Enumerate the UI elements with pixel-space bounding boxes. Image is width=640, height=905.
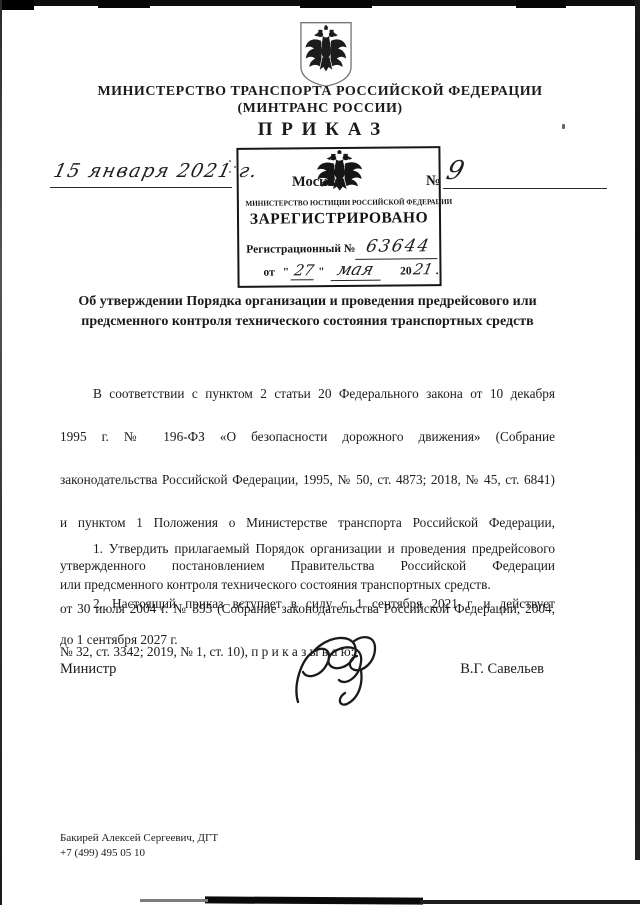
subject-line: предсменного контроля технического состо… bbox=[60, 312, 555, 332]
signer-name: В.Г. Савельев bbox=[438, 661, 544, 678]
stamp-agency-text: МИНИСТЕРСТВО ЮСТИЦИИ РОССИЙСКОЙ ФЕДЕРАЦИ… bbox=[245, 197, 452, 208]
justice-ministry-registration-stamp: МИНИСТЕРСТВО ЮСТИЦИИ РОССИЙСКОЙ ФЕДЕРАЦИ… bbox=[236, 146, 441, 288]
stamp-reg-label: Регистрационный № bbox=[246, 243, 355, 256]
minister-signature-autograph bbox=[283, 630, 393, 722]
executor-phone: +7 (499) 495 05 10 bbox=[60, 846, 218, 861]
body-line: или предсменного контроля технического с… bbox=[60, 576, 555, 594]
stamp-registration-number-line: Регистрационный № 63644 bbox=[246, 236, 430, 258]
body-line: 1. Утвердить прилагаемый Порядок организ… bbox=[60, 540, 555, 576]
order-subject: Об утверждении Порядка организации и про… bbox=[60, 292, 555, 331]
scan-artifact-top-bump bbox=[0, 0, 34, 10]
scan-artifact-bottom-bar bbox=[205, 896, 423, 904]
subject-line: Об утверждении Порядка организации и про… bbox=[60, 292, 555, 312]
stamp-year-printed: 20 bbox=[400, 265, 412, 277]
stamp-date-period: . bbox=[436, 265, 439, 277]
ministry-name: МИНИСТЕРСТВО ТРАНСПОРТА РОССИЙСКОЙ ФЕДЕР… bbox=[0, 84, 640, 100]
scan-artifact-top-bump bbox=[300, 0, 372, 8]
stamp-date-line: от " 27 " мая 20 21 . bbox=[239, 259, 439, 282]
document-type-title: П Р И К А З bbox=[0, 119, 640, 141]
executor-name: Бакирей Алексей Сергеевич, ДГТ bbox=[60, 831, 218, 846]
handwritten-stamp-month: мая bbox=[331, 260, 386, 281]
date-underline bbox=[50, 187, 232, 188]
scan-artifact-bottom-bar bbox=[140, 899, 208, 902]
executor-contact-block: Бакирей Алексей Сергеевич, ДГТ +7 (499) … bbox=[60, 831, 218, 860]
russia-coat-of-arms-icon bbox=[297, 20, 355, 88]
handwritten-stamp-day: 27 bbox=[290, 261, 317, 280]
body-line: В соответствии с пунктом 2 статьи 20 Фед… bbox=[60, 383, 555, 426]
body-line: 2. Настоящий приказ вступает в силу с 1 … bbox=[60, 595, 555, 631]
signer-role: Министр bbox=[60, 661, 116, 678]
scan-artifact-top-bump bbox=[516, 0, 566, 8]
body-line: законодательства Российской Федерации, 1… bbox=[60, 469, 555, 512]
handwritten-order-number: 9 bbox=[443, 156, 467, 186]
ministry-short-name: (МИНТРАНС РОССИИ) bbox=[0, 101, 640, 117]
stamp-registered-label: ЗАРЕГИСТРИРОВАНО bbox=[239, 209, 439, 229]
scanned-order-document: МИНИСТЕРСТВО ТРАНСПОРТА РОССИЙСКОЙ ФЕДЕР… bbox=[0, 0, 640, 905]
scan-artifact-bottom-bar bbox=[420, 900, 640, 904]
body-line: 1995 г. № 196-ФЗ «О безопасности дорожно… bbox=[60, 426, 555, 469]
stamp-open-quote: " bbox=[283, 266, 289, 278]
order-number-underline bbox=[443, 188, 607, 189]
double-headed-eagle-icon bbox=[314, 150, 364, 194]
stamp-date-prefix: от bbox=[263, 267, 274, 279]
stamp-agency-name: МИНИСТЕРСТВО ЮСТИЦИИ РОССИЙСКОЙ ФЕДЕРАЦИ… bbox=[239, 197, 439, 208]
handwritten-date: 15 января 2021 г. bbox=[51, 160, 260, 182]
handwritten-registration-number: 63644 bbox=[364, 236, 432, 257]
scan-artifact-top-bump bbox=[98, 0, 150, 8]
stamp-close-quote: " bbox=[318, 266, 324, 278]
handwritten-stamp-year: 21 bbox=[412, 260, 435, 278]
